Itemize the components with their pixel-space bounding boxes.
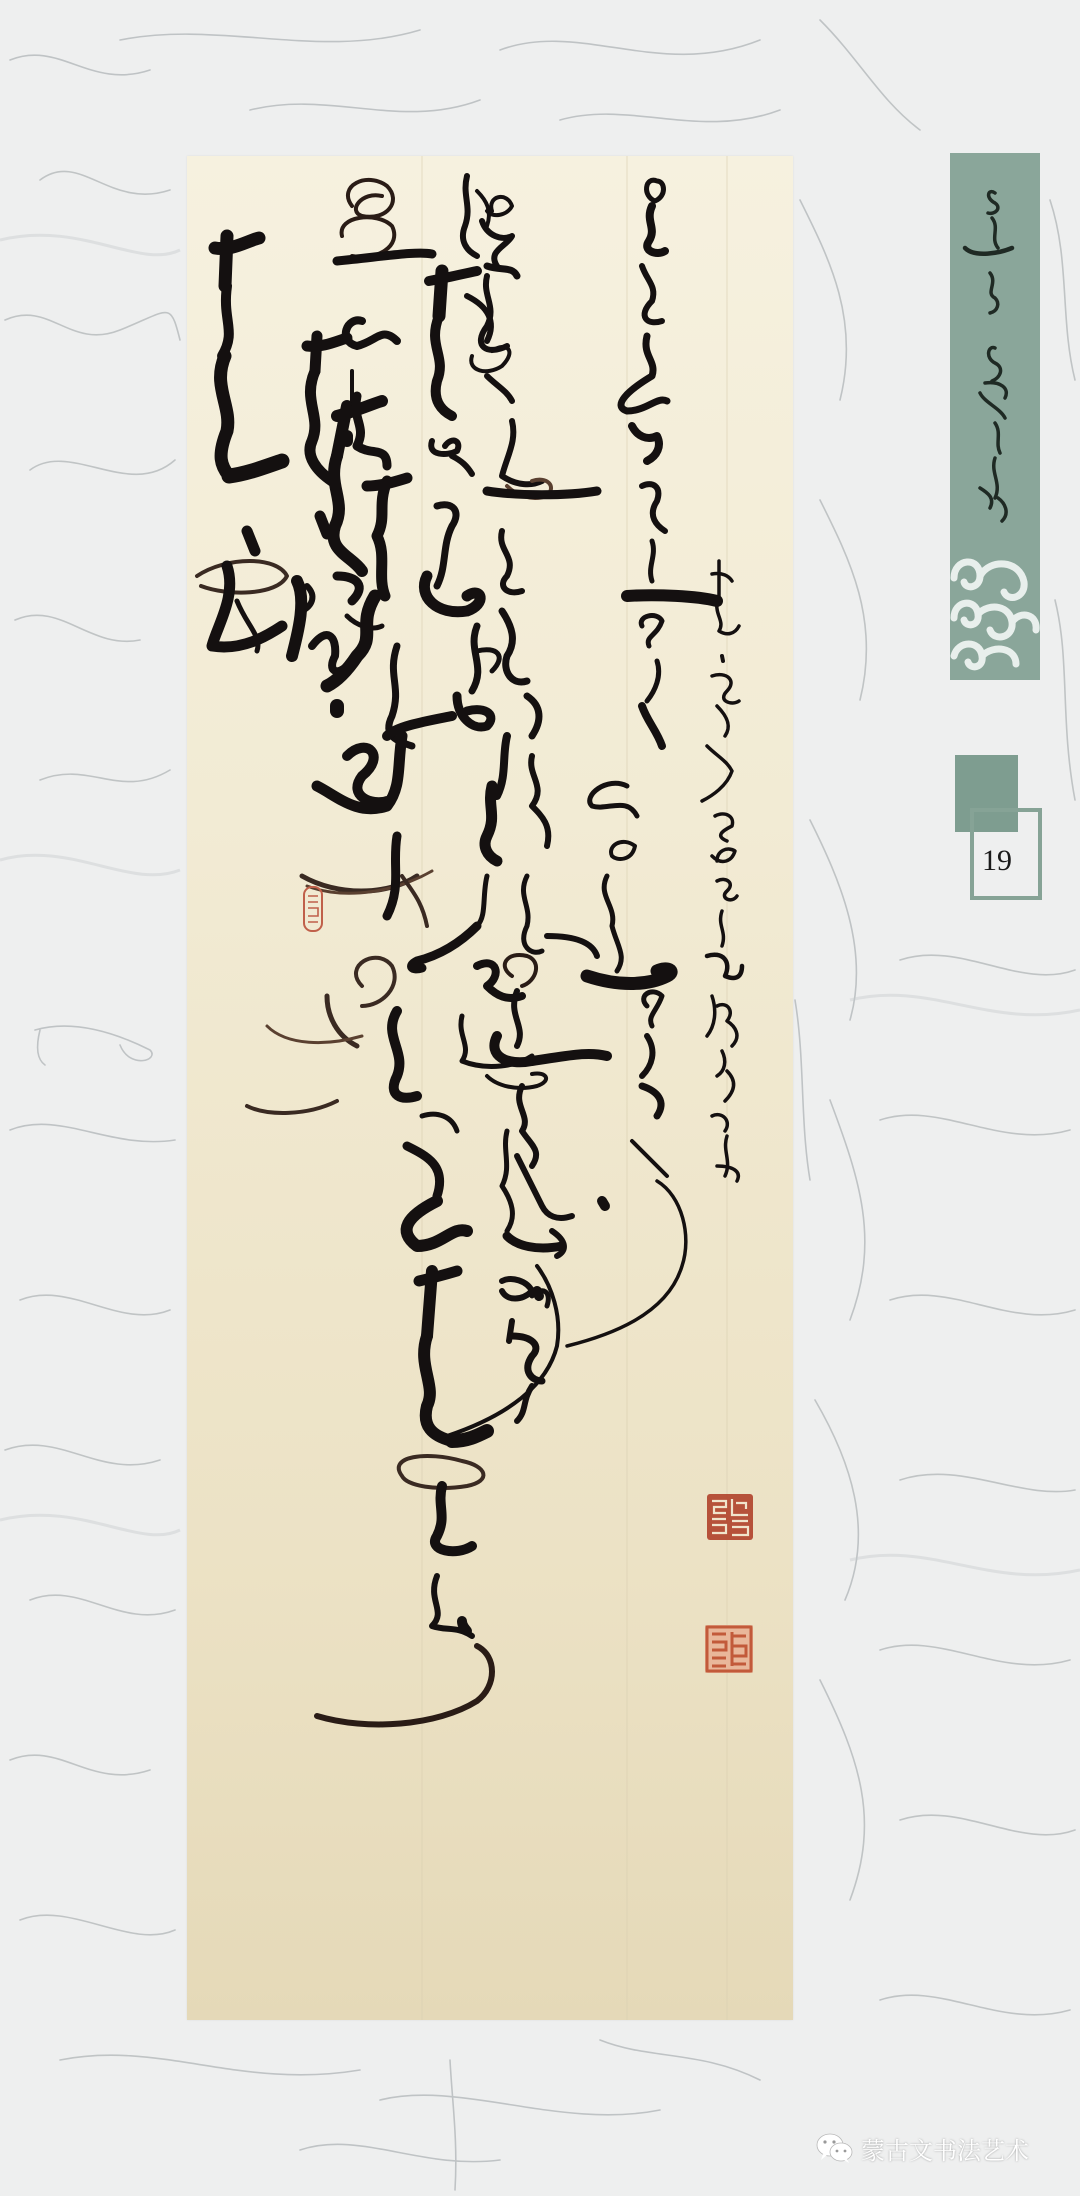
seal-square-upper bbox=[706, 1493, 754, 1541]
calligraphy-column-8 bbox=[567, 180, 717, 1346]
calligraphy-column-1 bbox=[197, 236, 287, 651]
signature-inscription bbox=[702, 561, 742, 1181]
calligraphy-artwork bbox=[187, 156, 793, 2020]
cloud-motif-decoration bbox=[950, 548, 1040, 680]
calligraphy-scroll bbox=[187, 156, 793, 2020]
seal-square-lower bbox=[704, 1624, 754, 1674]
watermark-text: 蒙古文书法艺术 bbox=[861, 2131, 1029, 2166]
page-number: 19 bbox=[982, 846, 1042, 876]
book-title-tab bbox=[950, 153, 1040, 680]
wechat-watermark: 蒙古文书法艺术 bbox=[815, 2131, 1029, 2165]
seal-oval bbox=[303, 886, 323, 932]
wechat-icon bbox=[815, 2132, 855, 2164]
